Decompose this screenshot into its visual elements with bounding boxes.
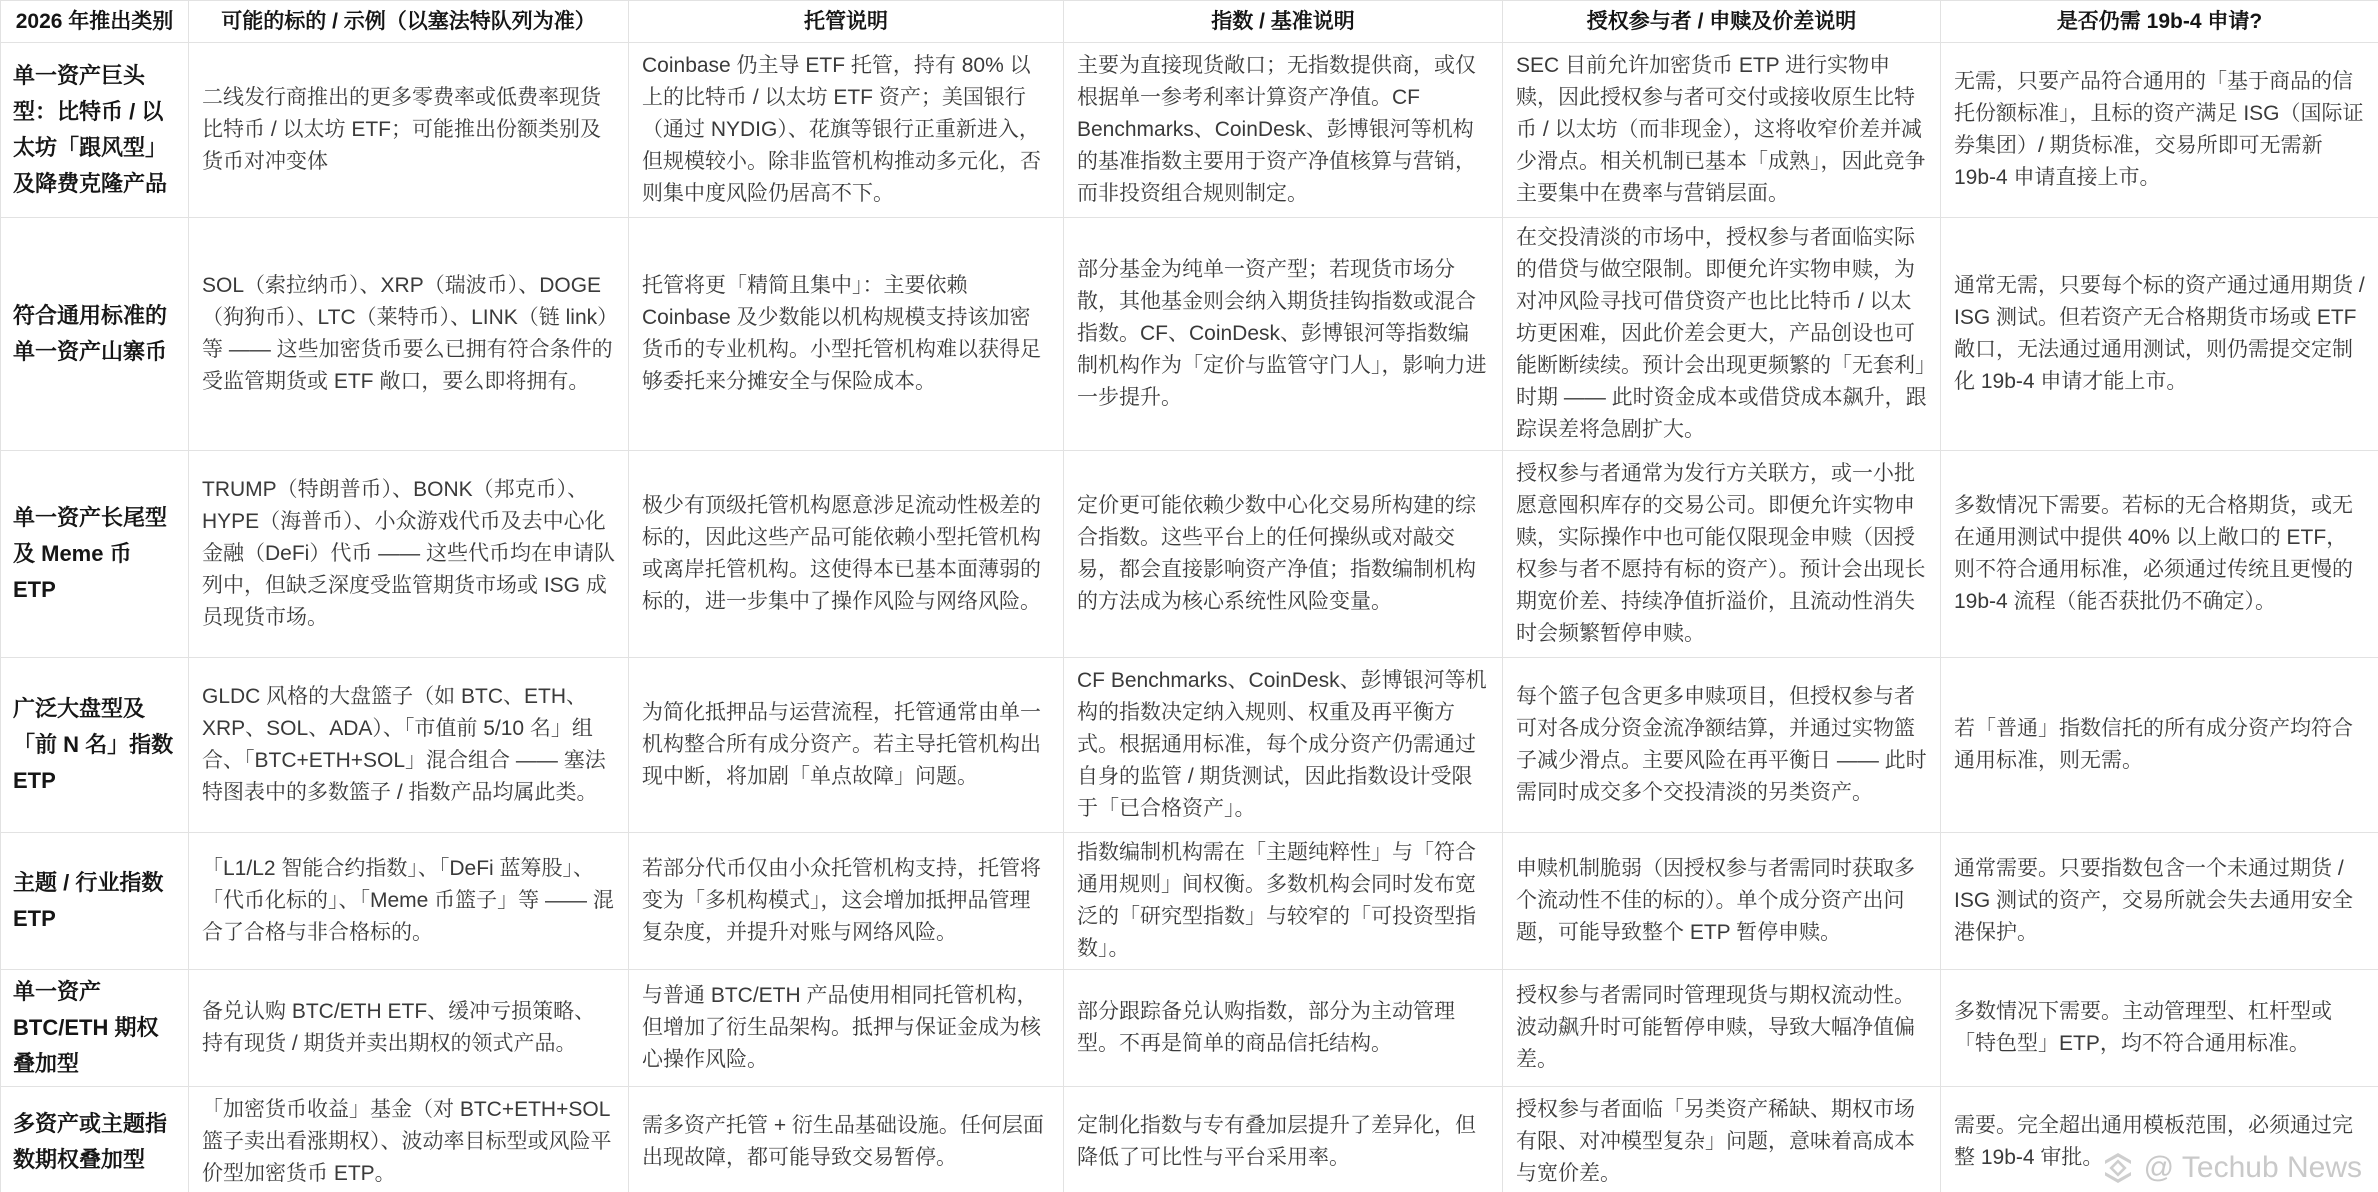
table-row: 单一资产巨头型：比特币 / 以太坊「跟风型」及降费克隆产品 二线发行商推出的更多… xyxy=(1,43,2378,218)
header-category: 2026 年推出类别 xyxy=(1,1,189,43)
table-cell: TRUMP（特朗普币）、BONK（邦克币）、HYPE（海普币）、小众游戏代币及去… xyxy=(189,451,629,658)
crypto-etf-comparison-table-page: 2026 年推出类别 可能的标的 / 示例（以塞法特队列为准） 托管说明 指数 … xyxy=(0,0,2378,1192)
row-category: 广泛大盘型及「前 N 名」指数 ETP xyxy=(1,658,189,833)
table-cell: 授权参与者通常为发行方关联方，或一小批愿意囤积库存的交易公司。即便允许实物申赎，… xyxy=(1503,451,1941,658)
table-cell: 授权参与者需同时管理现货与期权流动性。波动飙升时可能暂停申赎，导致大幅净值偏差。 xyxy=(1503,970,1941,1087)
table-cell: 部分跟踪备兑认购指数，部分为主动管理型。不再是简单的商品信托结构。 xyxy=(1064,970,1503,1087)
table-row: 单一资产长尾型及 Meme 币 ETP TRUMP（特朗普币）、BONK（邦克币… xyxy=(1,451,2378,658)
table-cell: SOL（索拉纳币）、XRP（瑞波币）、DOGE（狗狗币）、LTC（莱特币）、LI… xyxy=(189,218,629,451)
row-category: 符合通用标准的单一资产山寨币 xyxy=(1,218,189,451)
table-cell: 为简化抵押品与运营流程，托管通常由单一机构整合所有成分资产。若主导托管机构出现中… xyxy=(629,658,1064,833)
table-cell: 极少有顶级托管机构愿意涉足流动性极差的标的，因此这些产品可能依赖小型托管机构或离… xyxy=(629,451,1064,658)
row-category: 主题 / 行业指数 ETP xyxy=(1,833,189,970)
table-row: 多资产或主题指数期权叠加型 「加密货币收益」基金（对 BTC+ETH+SOL 篮… xyxy=(1,1087,2378,1192)
table-cell: 通常无需，只要每个标的资产通过通用期货 / ISG 测试。但若资产无合格期货市场… xyxy=(1941,218,2378,451)
table-cell: 若部分代币仅由小众托管机构支持，托管将变为「多机构模式」，这会增加抵押品管理复杂… xyxy=(629,833,1064,970)
table-cell: 备兑认购 BTC/ETH ETF、缓冲亏损策略、持有现货 / 期货并卖出期权的领… xyxy=(189,970,629,1087)
header-authorized-participants: 授权参与者 / 申赎及价差说明 xyxy=(1503,1,1941,43)
table-row: 广泛大盘型及「前 N 名」指数 ETP GLDC 风格的大盘篮子（如 BTC、E… xyxy=(1,658,2378,833)
table-cell: GLDC 风格的大盘篮子（如 BTC、ETH、XRP、SOL、ADA）、「市值前… xyxy=(189,658,629,833)
crypto-etf-comparison-table: 2026 年推出类别 可能的标的 / 示例（以塞法特队列为准） 托管说明 指数 … xyxy=(0,0,2378,1192)
table-cell: 每个篮子包含更多申赎项目，但授权参与者可对各成分资金流净额结算，并通过实物篮子减… xyxy=(1503,658,1941,833)
header-examples: 可能的标的 / 示例（以塞法特队列为准） xyxy=(189,1,629,43)
table-cell: 多数情况下需要。主动管理型、杠杆型或「特色型」ETP，均不符合通用标准。 xyxy=(1941,970,2378,1087)
table-cell: 部分基金为纯单一资产型；若现货市场分散，其他基金则会纳入期货挂钩指数或混合指数。… xyxy=(1064,218,1503,451)
table-cell: 授权参与者面临「另类资产稀缺、期权市场有限、对冲模型复杂」问题，意味着高成本与宽… xyxy=(1503,1087,1941,1192)
table-cell: 主要为直接现货敞口；无指数提供商，或仅根据单一参考利率计算资产净值。CF Ben… xyxy=(1064,43,1503,218)
table-row: 单一资产 BTC/ETH 期权叠加型 备兑认购 BTC/ETH ETF、缓冲亏损… xyxy=(1,970,2378,1087)
header-19b4-needed: 是否仍需 19b-4 申请? xyxy=(1941,1,2378,43)
table-cell: 无需，只要产品符合通用的「基于商品的信托份额标准」，且标的资产满足 ISG（国际… xyxy=(1941,43,2378,218)
table-cell: 若「普通」指数信托的所有成分资产均符合通用标准，则无需。 xyxy=(1941,658,2378,833)
table-cell: SEC 目前允许加密货币 ETP 进行实物申赎，因此授权参与者可交付或接收原生比… xyxy=(1503,43,1941,218)
header-row: 2026 年推出类别 可能的标的 / 示例（以塞法特队列为准） 托管说明 指数 … xyxy=(1,1,2378,43)
table-cell: 需多资产托管 + 衍生品基础设施。任何层面出现故障，都可能导致交易暂停。 xyxy=(629,1087,1064,1192)
row-category: 单一资产长尾型及 Meme 币 ETP xyxy=(1,451,189,658)
table-cell: 在交投清淡的市场中，授权参与者面临实际的借贷与做空限制。即便允许实物申赎，为对冲… xyxy=(1503,218,1941,451)
header-custody: 托管说明 xyxy=(629,1,1064,43)
table-cell: 指数编制机构需在「主题纯粹性」与「符合通用规则」间权衡。多数机构会同时发布宽泛的… xyxy=(1064,833,1503,970)
table-cell: 申赎机制脆弱（因授权参与者需同时获取多个流动性不佳的标的）。单个成分资产出问题，… xyxy=(1503,833,1941,970)
table-cell: 托管将更「精简且集中」：主要依赖 Coinbase 及少数能以机构规模支持该加密… xyxy=(629,218,1064,451)
table-cell: 与普通 BTC/ETH 产品使用相同托管机构，但增加了衍生品架构。抵押与保证金成… xyxy=(629,970,1064,1087)
table-cell: 定制化指数与专有叠加层提升了差异化，但降低了可比性与平台采用率。 xyxy=(1064,1087,1503,1192)
table-row: 主题 / 行业指数 ETP 「L1/L2 智能合约指数」、「DeFi 蓝筹股」、… xyxy=(1,833,2378,970)
table-cell: 「加密货币收益」基金（对 BTC+ETH+SOL 篮子卖出看涨期权）、波动率目标… xyxy=(189,1087,629,1192)
table-cell: 需要。完全超出通用模板范围，必须通过完整 19b-4 审批。 xyxy=(1941,1087,2378,1192)
row-category: 单一资产巨头型：比特币 / 以太坊「跟风型」及降费克隆产品 xyxy=(1,43,189,218)
table-row: 符合通用标准的单一资产山寨币 SOL（索拉纳币）、XRP（瑞波币）、DOGE（狗… xyxy=(1,218,2378,451)
table-cell: 定价更可能依赖少数中心化交易所构建的综合指数。这些平台上的任何操纵或对敲交易，都… xyxy=(1064,451,1503,658)
header-index-benchmark: 指数 / 基准说明 xyxy=(1064,1,1503,43)
table-cell: CF Benchmarks、CoinDesk、彭博银河等机构的指数决定纳入规则、… xyxy=(1064,658,1503,833)
table-cell: 多数情况下需要。若标的无合格期货，或无在通用测试中提供 40% 以上敞口的 ET… xyxy=(1941,451,2378,658)
table-cell: 「L1/L2 智能合约指数」、「DeFi 蓝筹股」、「代币化标的」、「Meme … xyxy=(189,833,629,970)
table-cell: 通常需要。只要指数包含一个未通过期货 / ISG 测试的资产，交易所就会失去通用… xyxy=(1941,833,2378,970)
row-category: 多资产或主题指数期权叠加型 xyxy=(1,1087,189,1192)
table-cell: Coinbase 仍主导 ETF 托管，持有 80% 以上的比特币 / 以太坊 … xyxy=(629,43,1064,218)
row-category: 单一资产 BTC/ETH 期权叠加型 xyxy=(1,970,189,1087)
table-cell: 二线发行商推出的更多零费率或低费率现货比特币 / 以太坊 ETF；可能推出份额类… xyxy=(189,43,629,218)
